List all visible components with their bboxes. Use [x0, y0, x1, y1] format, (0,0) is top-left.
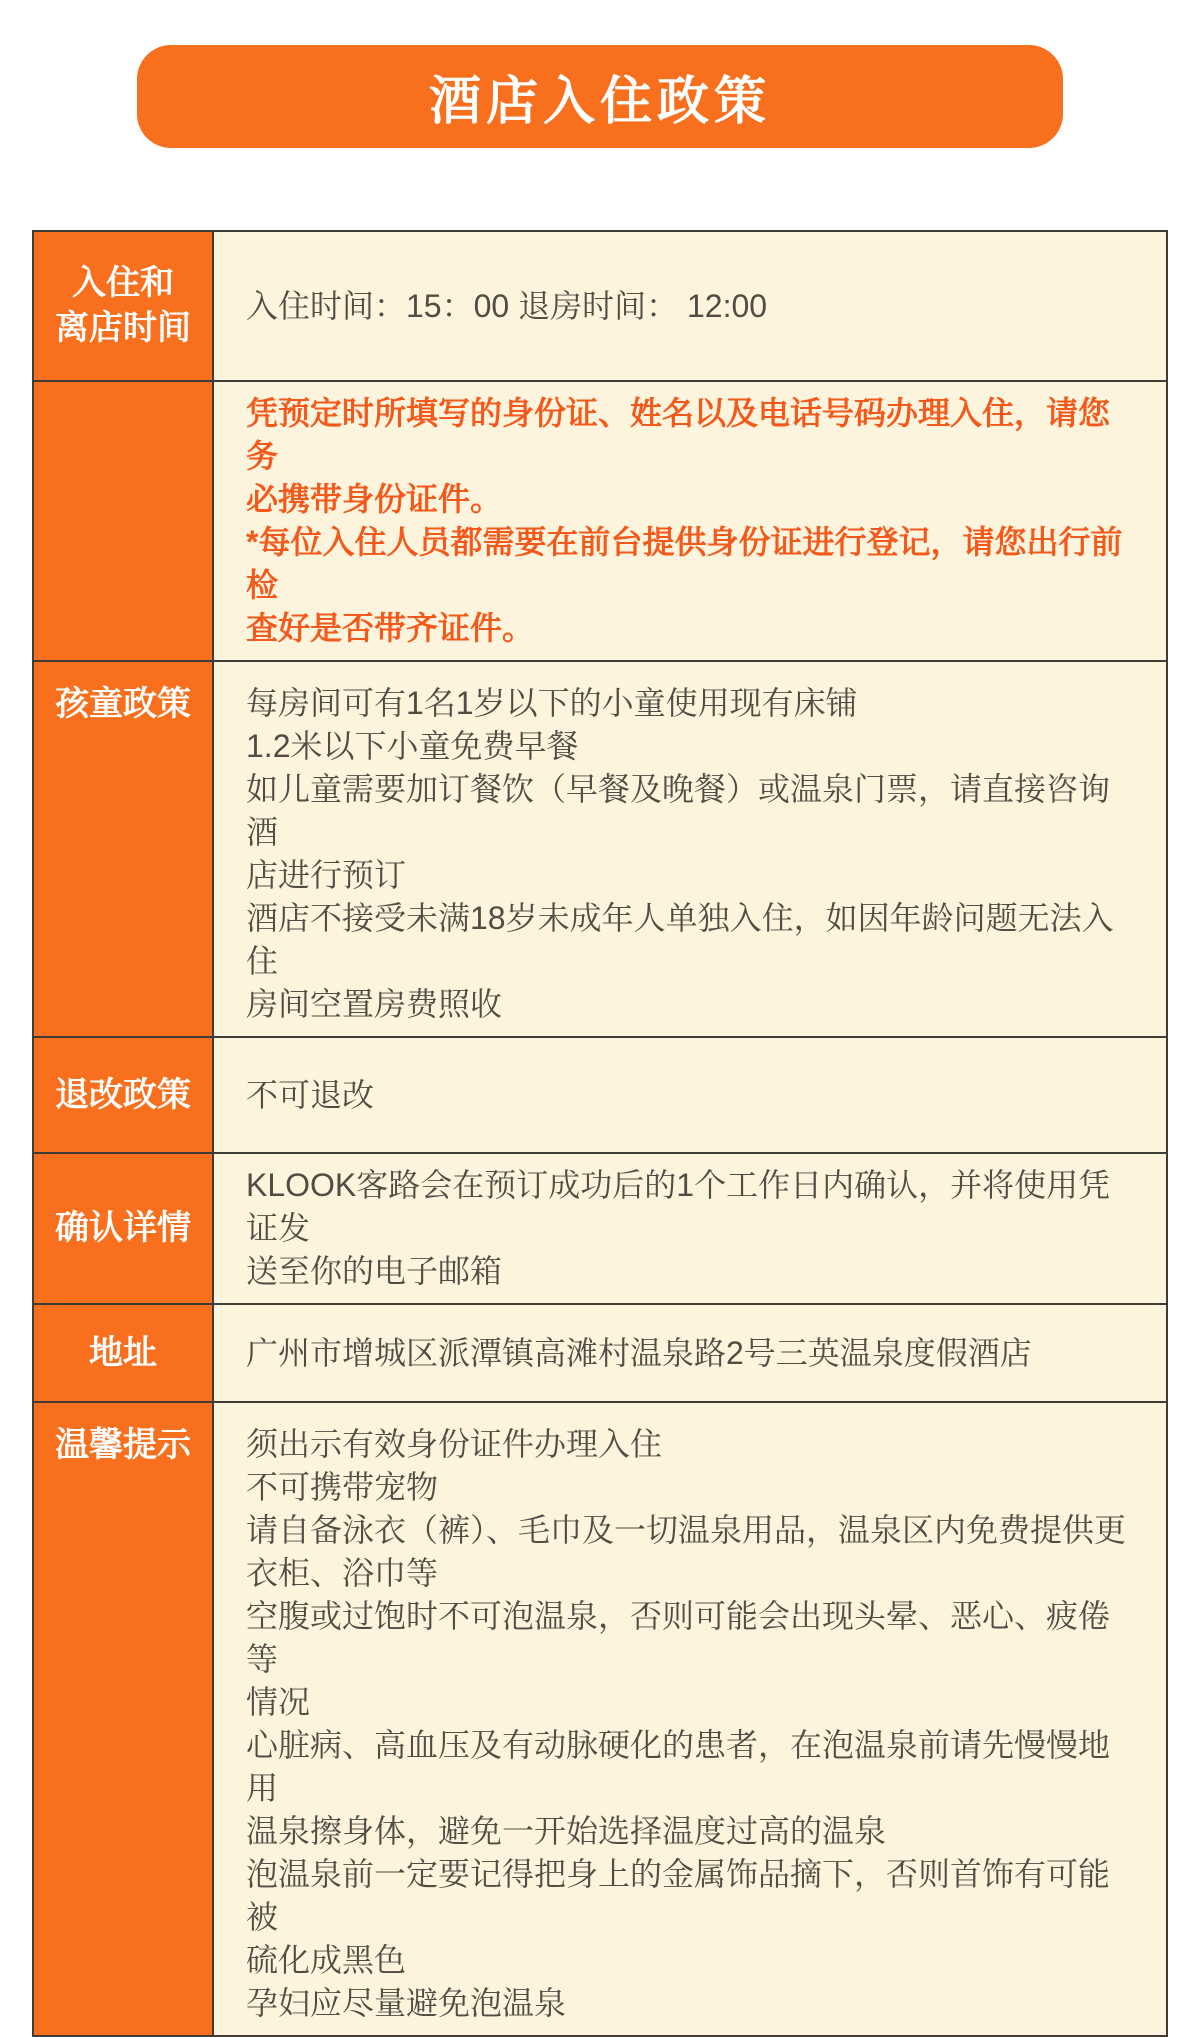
- content-line: 须出示有效身份证件办理入住: [246, 1423, 1136, 1466]
- row-label: [34, 382, 214, 660]
- content-line: KLOOK客路会在预订成功后的1个工作日内确认，并将使用凭证发 送至你的电子邮箱: [246, 1164, 1136, 1293]
- row-label: 地址: [34, 1305, 214, 1401]
- table-row-address: 地址 广州市增城区派潭镇高滩村温泉路2号三英温泉度假酒店: [34, 1303, 1166, 1401]
- content-line: 孕妇应尽量避免泡温泉: [246, 1982, 1136, 2025]
- content-line: 泡温泉前一定要记得把身上的金属饰品摘下，否则首饰有可能被 硫化成黑色: [246, 1853, 1136, 1982]
- content-line: 1.2米以下小童免费早餐: [246, 725, 1136, 768]
- table-row-child-policy: 孩童政策 每房间可有1名1岁以下的小童使用现有床铺 1.2米以下小童免费早餐 如…: [34, 660, 1166, 1036]
- content-line: 不可携带宠物: [246, 1466, 1136, 1509]
- content-line: 酒店不接受未满18岁未成年人单独入住，如因年龄问题无法入住 房间空置房费照收: [246, 897, 1136, 1026]
- table-row-confirmation: 确认详情 KLOOK客路会在预订成功后的1个工作日内确认，并将使用凭证发 送至你…: [34, 1152, 1166, 1303]
- row-content: 入住时间：15：00 退房时间： 12:00: [214, 232, 1166, 380]
- content-line: 心脏病、高血压及有动脉硬化的患者，在泡温泉前请先慢慢地用 温泉擦身体，避免一开始…: [246, 1724, 1136, 1853]
- row-content: 须出示有效身份证件办理入住 不可携带宠物 请自备泳衣（裤）、毛巾及一切温泉用品，…: [214, 1403, 1166, 2035]
- row-label: 退改政策: [34, 1038, 214, 1152]
- row-label: 孩童政策: [34, 662, 214, 1036]
- content-line: 广州市增城区派潭镇高滩村温泉路2号三英温泉度假酒店: [246, 1332, 1136, 1375]
- row-content: 每房间可有1名1岁以下的小童使用现有床铺 1.2米以下小童免费早餐 如儿童需要加…: [214, 662, 1166, 1036]
- row-label: 确认详情: [34, 1154, 214, 1303]
- row-content-warning: 凭预定时所填写的身份证、姓名以及电话号码办理入住，请您务 必携带身份证件。 *每…: [214, 382, 1166, 660]
- content-line: 每房间可有1名1岁以下的小童使用现有床铺: [246, 682, 1136, 725]
- table-row-checkin-time: 入住和 离店时间 入住时间：15：00 退房时间： 12:00: [34, 232, 1166, 380]
- content-line: 入住时间：15：00 退房时间： 12:00: [246, 285, 1136, 328]
- header-banner: 酒店入住政策: [137, 45, 1063, 148]
- content-line: 空腹或过饱时不可泡温泉，否则可能会出现头晕、恶心、疲倦等 情况: [246, 1595, 1136, 1724]
- table-row-id-notice: 凭预定时所填写的身份证、姓名以及电话号码办理入住，请您务 必携带身份证件。 *每…: [34, 380, 1166, 660]
- content-line: 如儿童需要加订餐饮（早餐及晚餐）或温泉门票，请直接咨询酒 店进行预订: [246, 768, 1136, 897]
- row-content: 广州市增城区派潭镇高滩村温泉路2号三英温泉度假酒店: [214, 1305, 1166, 1401]
- page-title: 酒店入住政策: [429, 59, 771, 134]
- content-line: 凭预定时所填写的身份证、姓名以及电话号码办理入住，请您务 必携带身份证件。: [246, 392, 1136, 521]
- row-label: 温馨提示: [34, 1403, 214, 2035]
- row-content: 不可退改: [214, 1038, 1166, 1152]
- table-row-cancellation-policy: 退改政策 不可退改: [34, 1036, 1166, 1152]
- content-line: *每位入住人员都需要在前台提供身份证进行登记，请您出行前检 查好是否带齐证件。: [246, 521, 1136, 650]
- row-label: 入住和 离店时间: [34, 232, 214, 380]
- table-row-tips: 温馨提示 须出示有效身份证件办理入住 不可携带宠物 请自备泳衣（裤）、毛巾及一切…: [34, 1401, 1166, 2035]
- policy-table: 入住和 离店时间 入住时间：15：00 退房时间： 12:00 凭预定时所填写的…: [32, 230, 1168, 2037]
- content-line: 不可退改: [246, 1074, 1136, 1117]
- content-line: 请自备泳衣（裤）、毛巾及一切温泉用品，温泉区内免费提供更 衣柜、浴巾等: [246, 1509, 1136, 1595]
- row-content: KLOOK客路会在预订成功后的1个工作日内确认，并将使用凭证发 送至你的电子邮箱: [214, 1154, 1166, 1303]
